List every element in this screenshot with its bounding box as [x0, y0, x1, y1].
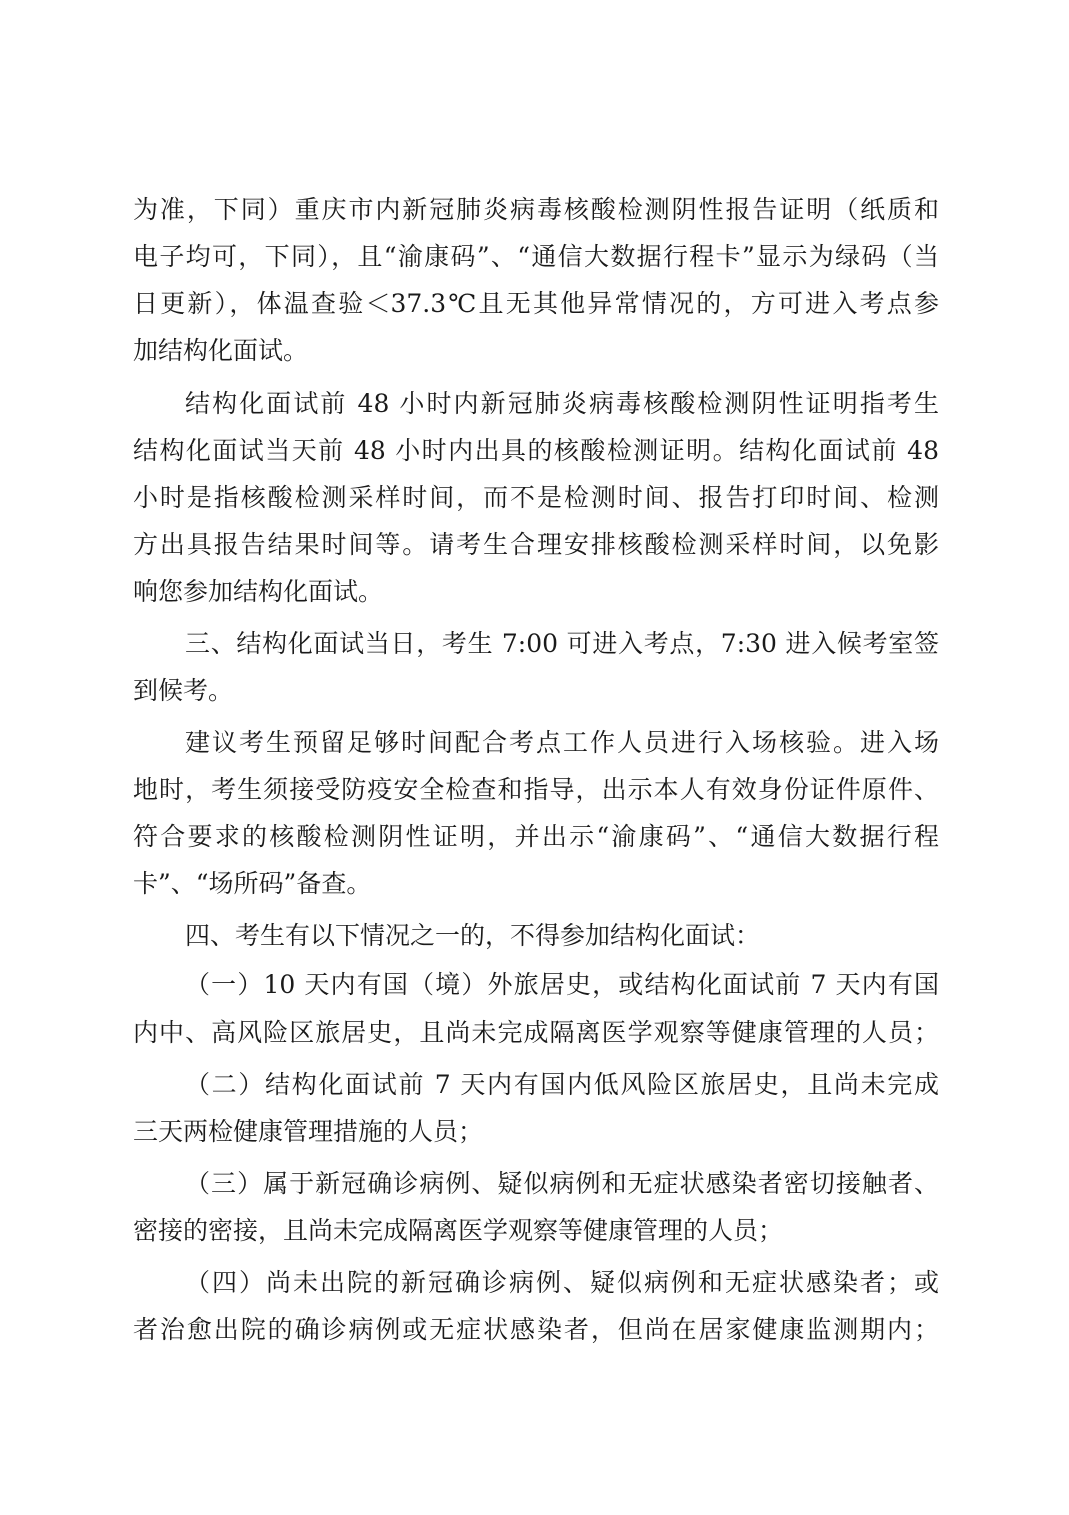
text-line: 建议考生预留足够时间配合考点工作人员进行入场核验。进入场	[185, 723, 939, 763]
text-line: 小时是指核酸检测采样时间，而不是检测时间、报告打印时间、检测	[133, 478, 939, 518]
document-page: 为准，下同）重庆市内新冠肺炎病毒核酸检测阴性报告证明（纸质和 电子均可，下同），…	[0, 0, 1069, 1515]
text-line: 电子均可，下同），且“渝康码”、“通信大数据行程卡”显示为绿码（当	[133, 237, 939, 277]
text-line: 日更新），体温查验＜37.3℃且无其他异常情况的，方可进入考点参	[133, 284, 939, 324]
text-line: 符合要求的核酸检测阴性证明，并出示“渝康码”、“通信大数据行程	[133, 817, 939, 857]
text-line: 加结构化面试。	[133, 331, 939, 371]
text-line: 结构化面试当天前 48 小时内出具的核酸检测证明。结构化面试前 48	[133, 431, 939, 471]
text-line: 三、结构化面试当日，考生 7:00 可进入考点，7:30 进入候考室签	[185, 624, 939, 664]
text-line: 四、考生有以下情况之一的，不得参加结构化面试：	[185, 916, 939, 956]
text-line: 内中、高风险区旅居史，且尚未完成隔离医学观察等健康管理的人员；	[133, 1013, 939, 1053]
text-line: 三天两检健康管理措施的人员；	[133, 1112, 939, 1152]
text-line: 方出具报告结果时间等。请考生合理安排核酸检测采样时间，以免影	[133, 525, 939, 565]
text-line: 为准，下同）重庆市内新冠肺炎病毒核酸检测阴性报告证明（纸质和	[133, 190, 939, 230]
text-line: 者治愈出院的确诊病例或无症状感染者，但尚在居家健康监测期内；	[133, 1310, 939, 1350]
text-line: （一）10 天内有国（境）外旅居史，或结构化面试前 7 天内有国	[185, 965, 939, 1005]
text-line: （二）结构化面试前 7 天内有国内低风险区旅居史，且尚未完成	[185, 1065, 939, 1105]
text-line: （三）属于新冠确诊病例、疑似病例和无症状感染者密切接触者、	[185, 1164, 939, 1204]
text-line: 地时，考生须接受防疫安全检查和指导，出示本人有效身份证件原件、	[133, 770, 939, 810]
text-line: 响您参加结构化面试。	[133, 572, 939, 612]
text-line: 卡”、“场所码”备查。	[133, 864, 939, 904]
text-line: 结构化面试前 48 小时内新冠肺炎病毒核酸检测阴性证明指考生	[185, 384, 939, 424]
text-line: 密接的密接，且尚未完成隔离医学观察等健康管理的人员；	[133, 1211, 939, 1251]
text-line: 到候考。	[133, 671, 939, 711]
text-line: （四）尚未出院的新冠确诊病例、疑似病例和无症状感染者；或	[185, 1263, 939, 1303]
